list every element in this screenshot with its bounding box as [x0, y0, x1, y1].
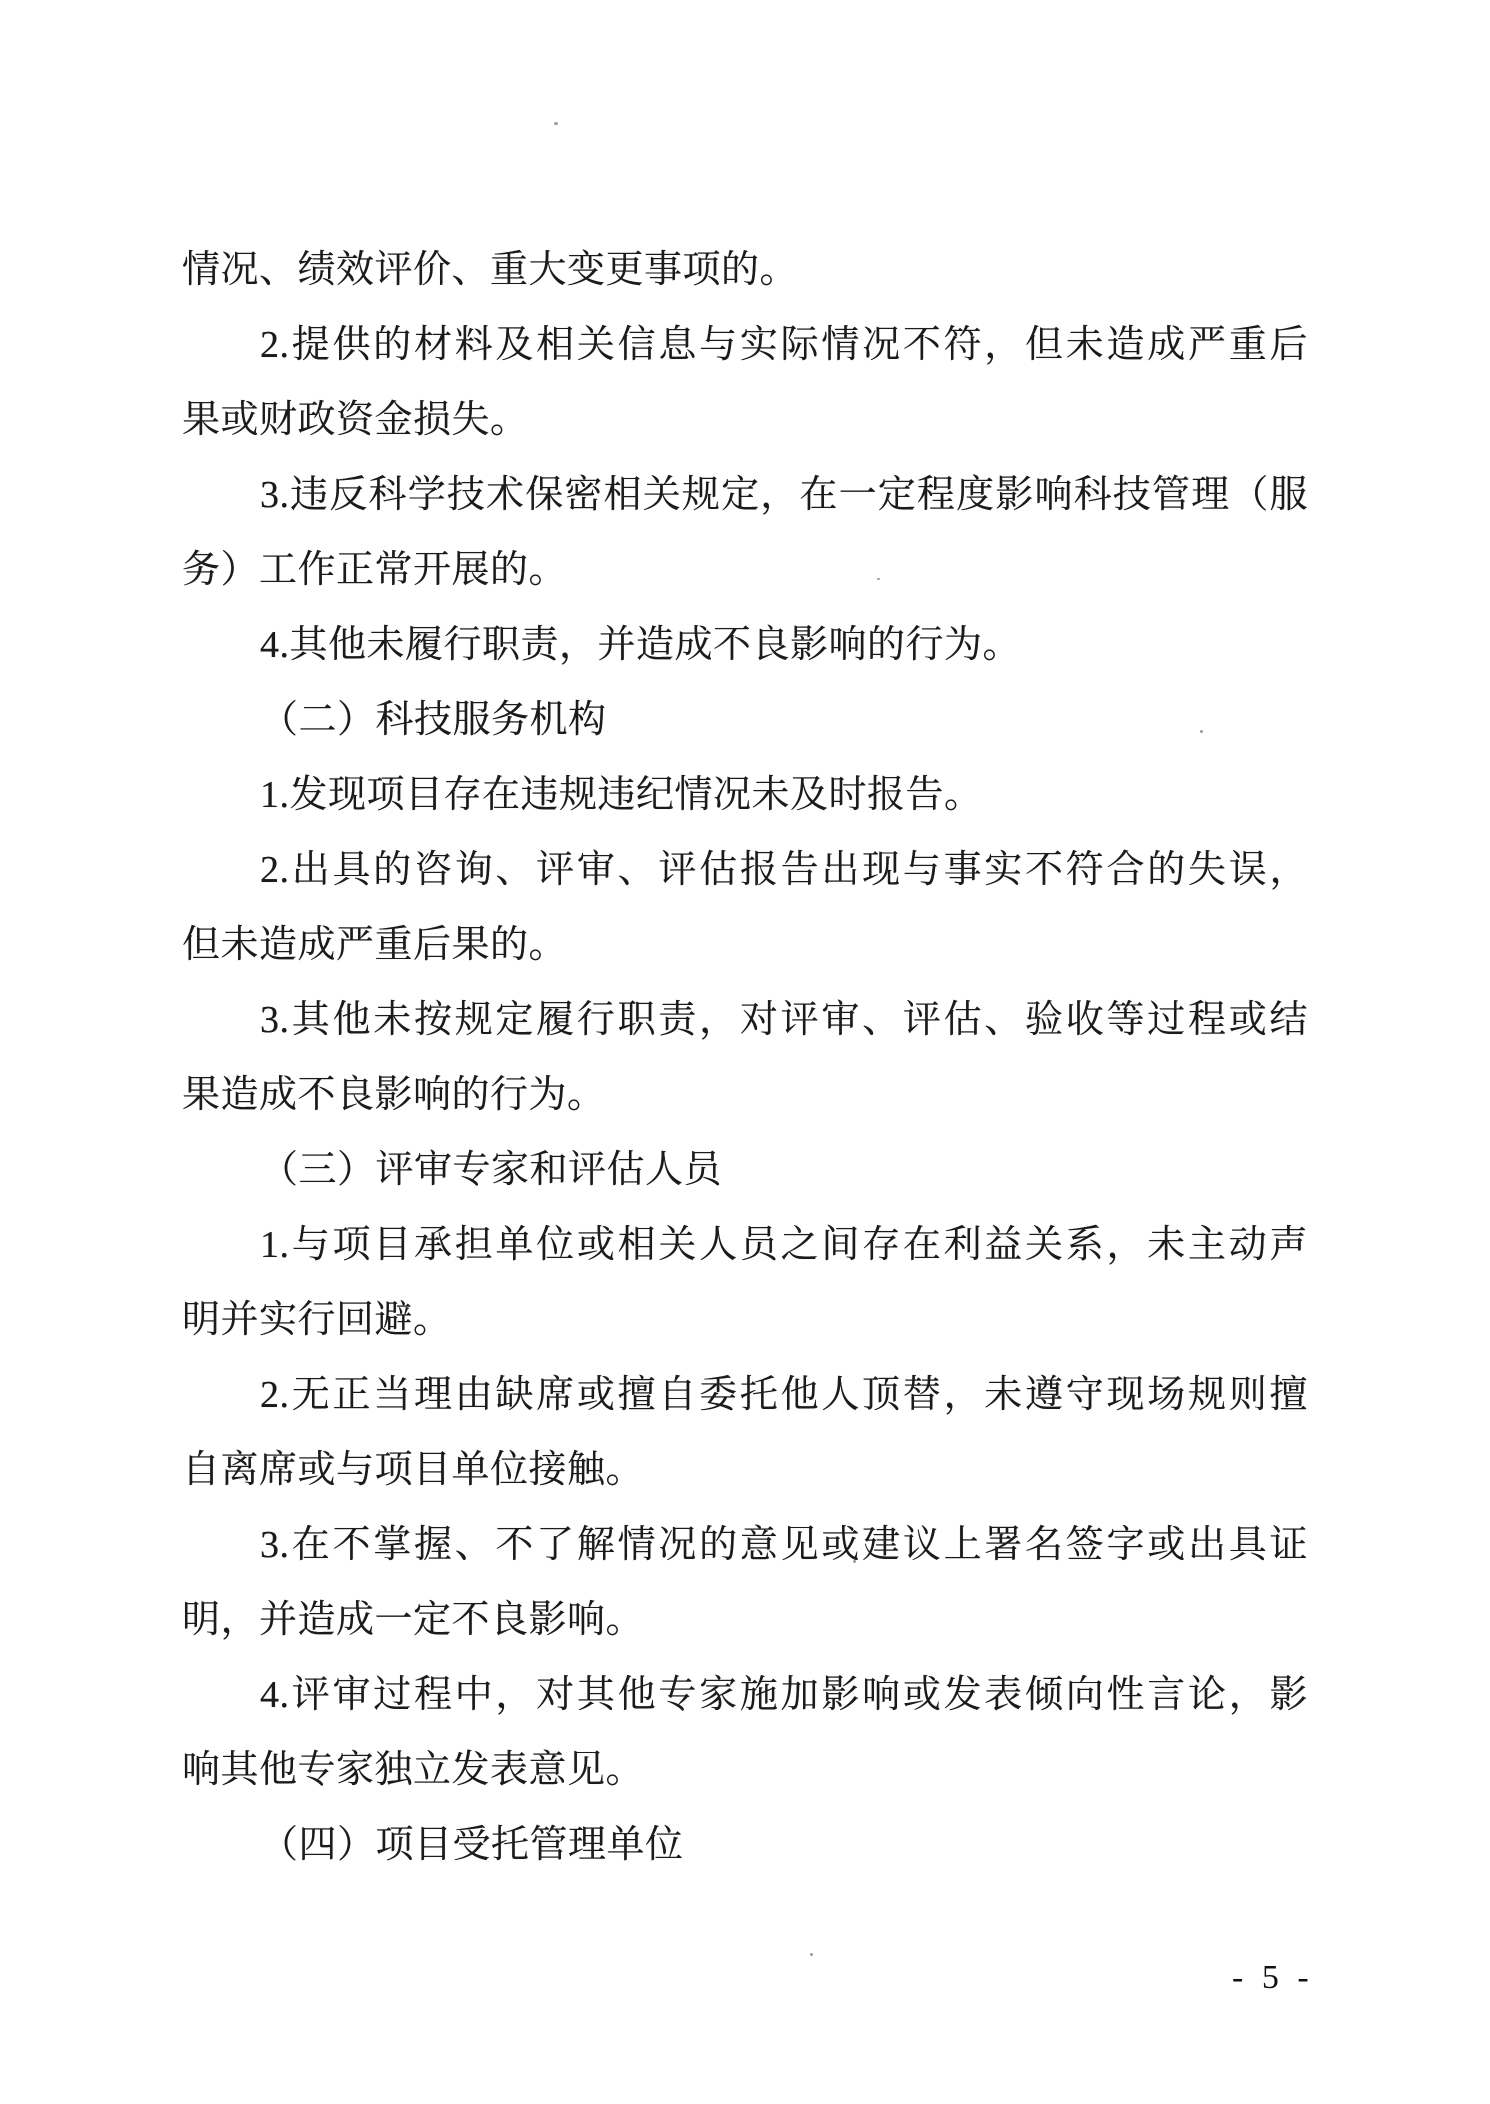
text-line: 自离席或与项目单位接触。	[182, 1433, 1308, 1508]
section-heading: （三）评审专家和评估人员	[182, 1133, 1308, 1208]
clause-line: 3.违反科学技术保密相关规定，在一定程度影响科技管理（服	[182, 458, 1308, 533]
section-heading: （二）科技服务机构	[182, 683, 1308, 758]
clause-line: 2.提供的材料及相关信息与实际情况不符，但未造成严重后	[182, 308, 1308, 383]
text-line: 果或财政资金损失。	[182, 383, 1308, 458]
clause-line: 2.无正当理由缺席或擅自委托他人顶替，未遵守现场规则擅	[182, 1358, 1308, 1433]
document-page: 情况、绩效评价、重大变更事项的。 2.提供的材料及相关信息与实际情况不符，但未造…	[0, 0, 1490, 2104]
clause-line: 4.其他未履行职责，并造成不良影响的行为。	[182, 608, 1308, 683]
page-number: - 5 -	[1232, 1958, 1314, 1998]
scan-speck	[810, 1953, 813, 1956]
text-line: 明并实行回避。	[182, 1283, 1308, 1358]
scan-speck	[853, 1560, 856, 1563]
section-heading: （四）项目受托管理单位	[182, 1808, 1308, 1883]
text-line: 务）工作正常开展的。	[182, 533, 1308, 608]
clause-line: 1.与项目承担单位或相关人员之间存在利益关系，未主动声	[182, 1208, 1308, 1283]
text-line: 情况、绩效评价、重大变更事项的。	[182, 233, 1308, 308]
scan-speck	[1200, 730, 1203, 733]
clause-line: 2.出具的咨询、评审、评估报告出现与事实不符合的失误，	[182, 833, 1308, 908]
scan-speck	[554, 122, 558, 125]
text-line: 但未造成严重后果的。	[182, 908, 1308, 983]
text-line: 响其他专家独立发表意见。	[182, 1733, 1308, 1808]
text-line: 明，并造成一定不良影响。	[182, 1583, 1308, 1658]
document-text-block: 情况、绩效评价、重大变更事项的。 2.提供的材料及相关信息与实际情况不符，但未造…	[182, 233, 1308, 1883]
clause-line: 3.在不掌握、不了解情况的意见或建议上署名签字或出具证	[182, 1508, 1308, 1583]
clause-line: 3.其他未按规定履行职责，对评审、评估、验收等过程或结	[182, 983, 1308, 1058]
scan-speck	[877, 578, 880, 580]
clause-line: 1.发现项目存在违规违纪情况未及时报告。	[182, 758, 1308, 833]
clause-line: 4.评审过程中，对其他专家施加影响或发表倾向性言论，影	[182, 1658, 1308, 1733]
text-line: 果造成不良影响的行为。	[182, 1058, 1308, 1133]
